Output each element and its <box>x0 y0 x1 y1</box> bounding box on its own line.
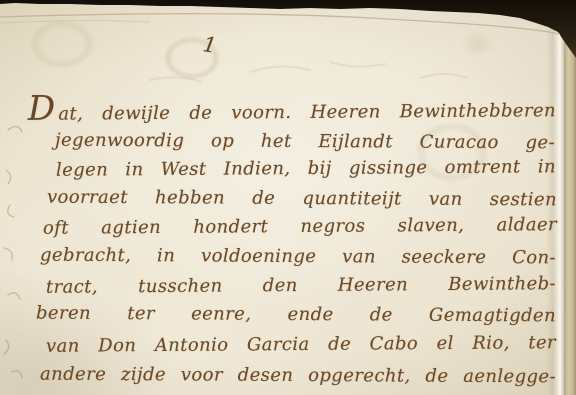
manuscript-text-block: Dat, dewijle de voorn. Heeren Bewinthebb… <box>0 0 576 395</box>
manuscript-line: beren ter eenre, ende de Gemagtigden <box>36 303 556 328</box>
manuscript-line: andere zijde voor desen opgerecht, de ae… <box>40 364 556 389</box>
manuscript-line: Dat, dewijle de voorn. Heeren Bewinthebb… <box>28 96 556 126</box>
manuscript-line: jegenwoordig op het Eijlandt Curacao ge- <box>55 130 555 155</box>
manuscript-line: van Don Antonio Garcia de Cabo el Rio, t… <box>46 332 556 358</box>
manuscript-line: legen in West Indien, bij gissinge omtre… <box>56 156 556 181</box>
manuscript-line: tract, tusschen den Heeren Bewintheb- <box>46 273 556 299</box>
manuscript-line: voorraet hebben de quantiteijt van sesti… <box>47 187 557 212</box>
manuscript-scan: Dat, dewijle de voorn. Heeren Bewinthebb… <box>0 0 576 395</box>
manuscript-line: gebracht, in voldoeninge van seeckere Co… <box>40 245 556 270</box>
manuscript-line: oft agtien hondert negros slaven, aldaer <box>43 214 557 240</box>
